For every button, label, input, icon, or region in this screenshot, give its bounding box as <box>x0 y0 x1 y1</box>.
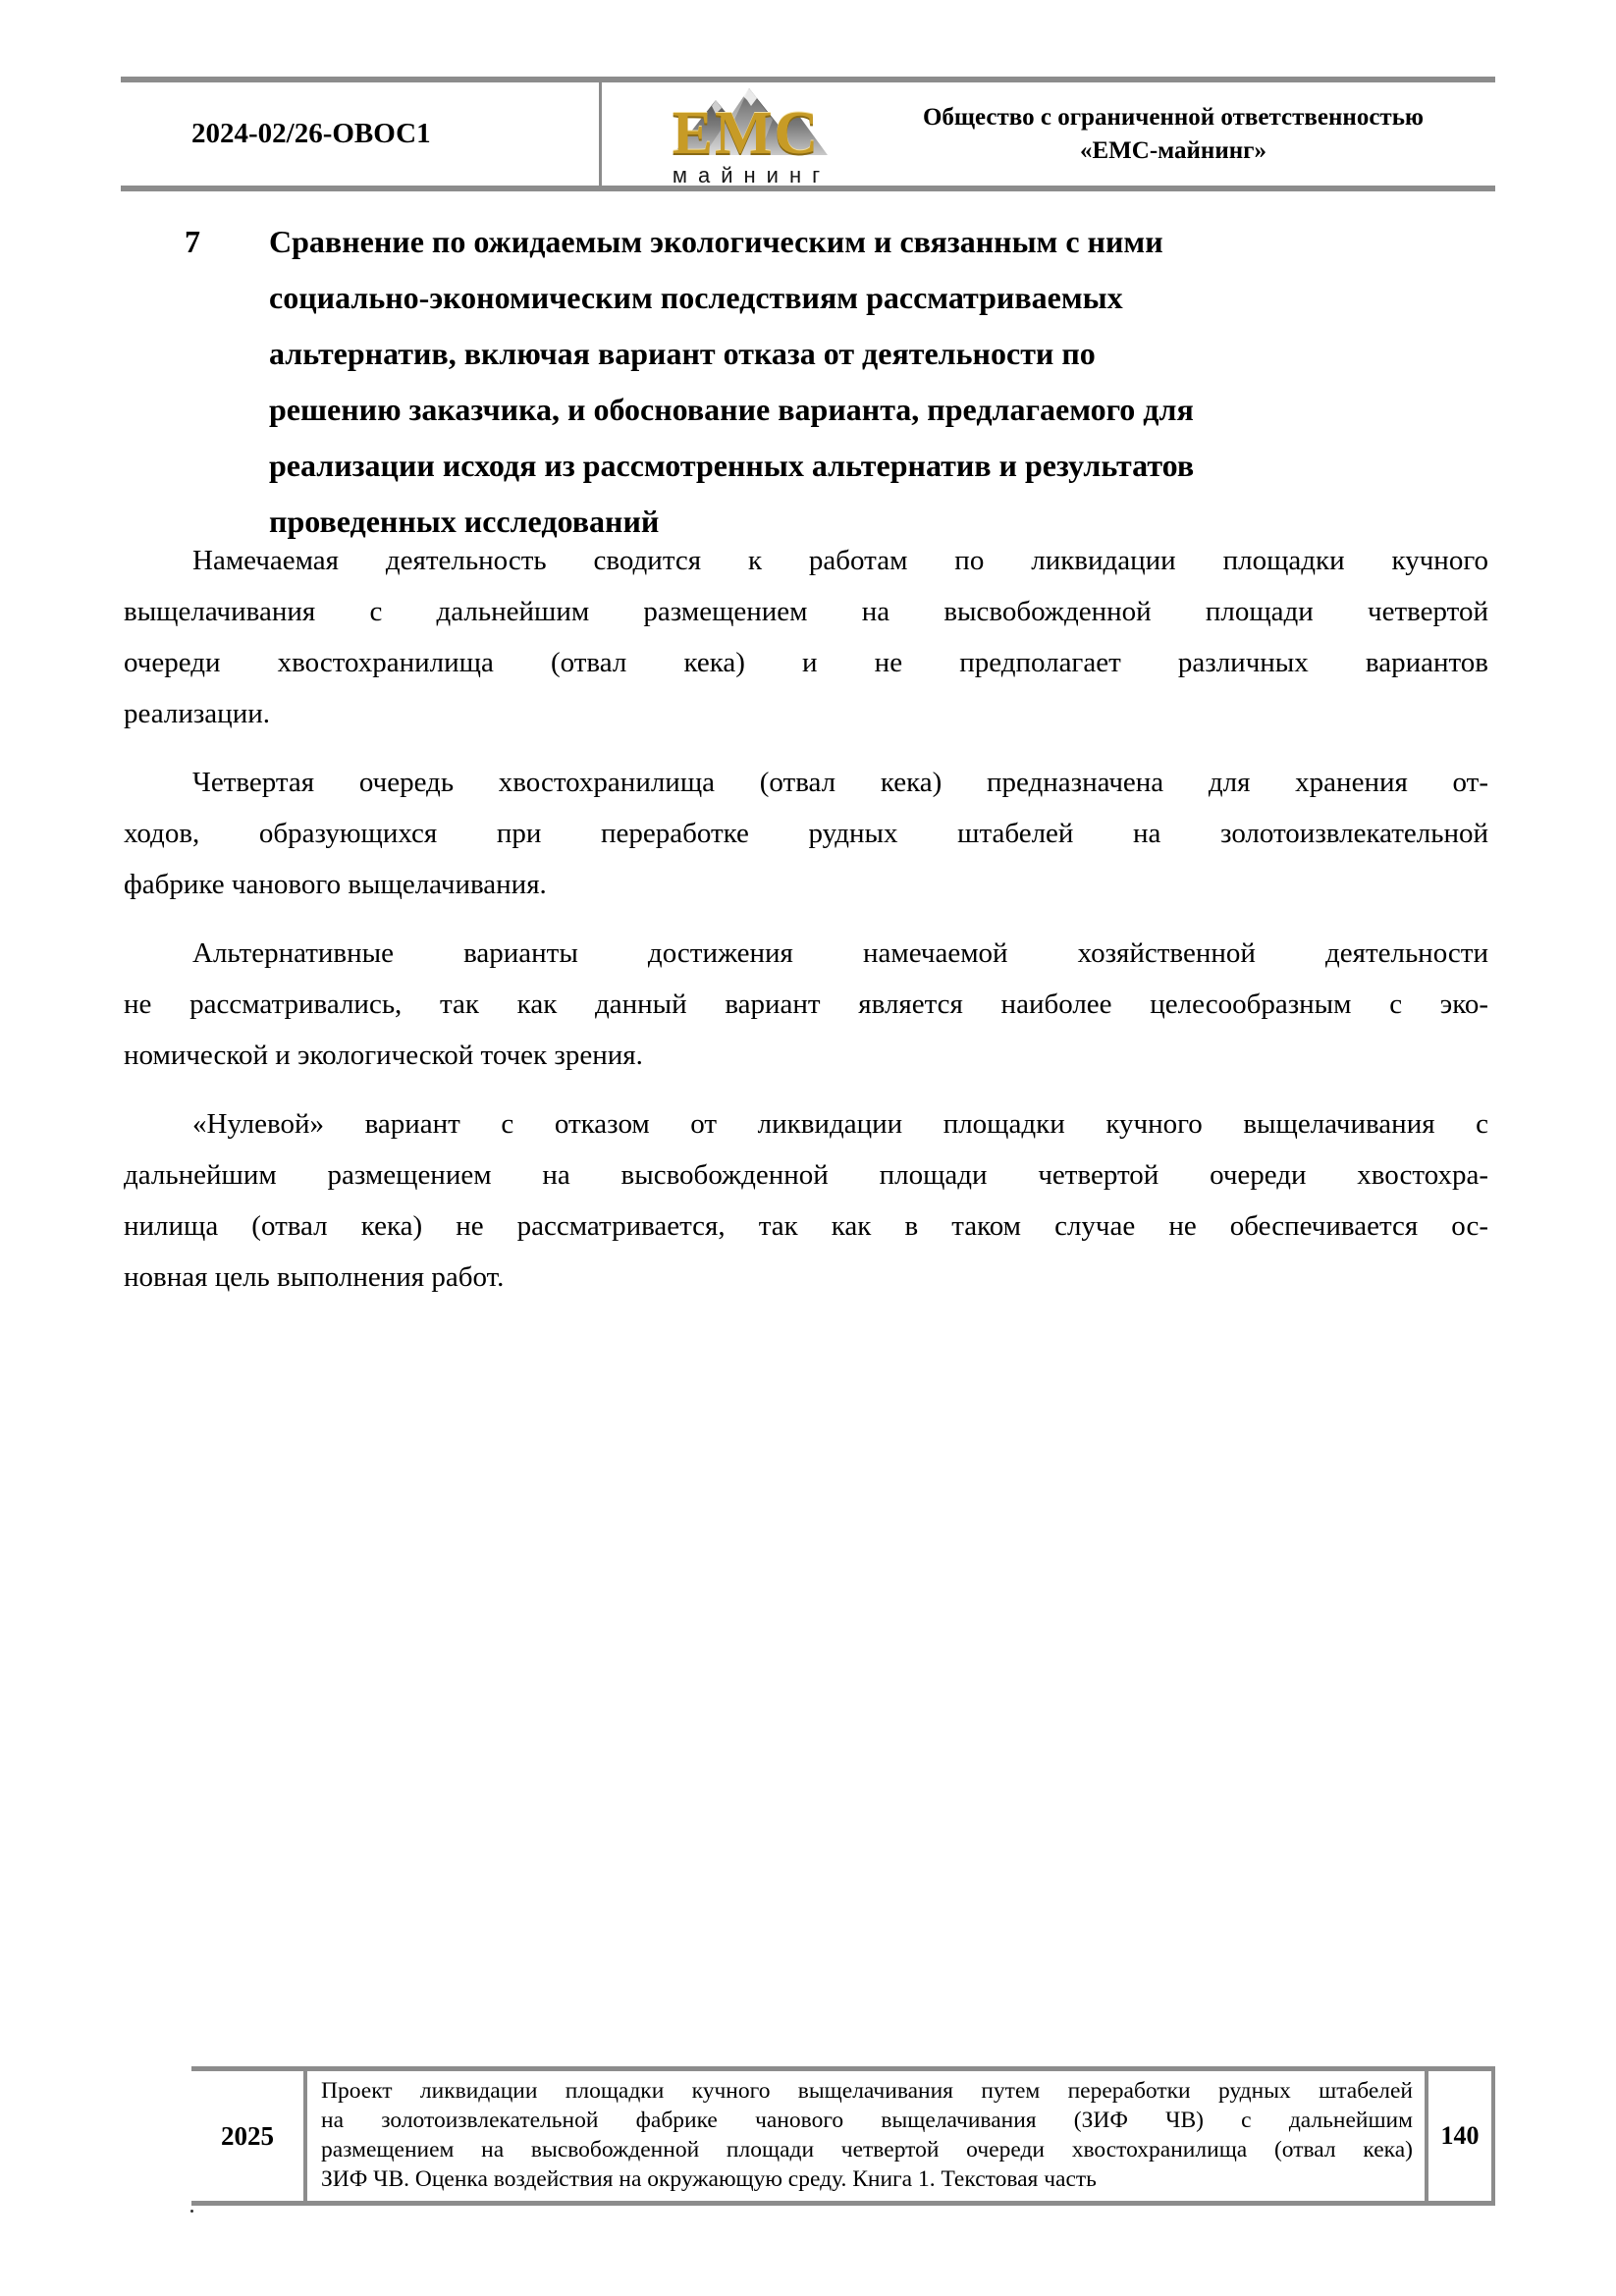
footer-year: 2025 <box>191 2071 303 2201</box>
text-line: ходов, образующихся при переработке рудн… <box>124 808 1488 859</box>
text-line: новная цель выполнения работ. <box>124 1252 1488 1303</box>
text-line: не рассматривались, так как данный вариа… <box>124 979 1488 1030</box>
paragraph: Четвертая очередь хвостохранилища (отвал… <box>124 757 1488 910</box>
text-line: социально-экономическим последствиям рас… <box>269 270 1490 326</box>
paragraph: «Нулевой» вариант с отказом от ликвидаци… <box>124 1098 1488 1303</box>
header-right-cell: ЕМС майнинг Общество с ограниченной отве… <box>602 82 1495 186</box>
text-line: Сравнение по ожидаемым экологическим и с… <box>269 214 1490 270</box>
text-line: реализации. <box>124 688 1488 739</box>
text-line: Проект ликвидации площадки кучного выщел… <box>321 2076 1413 2106</box>
logo-mining-text: майнинг <box>623 164 869 187</box>
page-header: 2024-02/26-ОВОС1 <box>121 77 1495 191</box>
text-line: Намечаемая деятельность сводится к работ… <box>124 535 1488 586</box>
text-line: дальнейшим размещением на высвобожденной… <box>124 1149 1488 1201</box>
text-line: на золотоизвлекательной фабрике чанового… <box>321 2106 1413 2135</box>
text-line: очереди хвостохранилища (отвал кека) и н… <box>124 637 1488 688</box>
heading-lines: Сравнение по ожидаемым экологическим и с… <box>269 214 1490 550</box>
text-line: решению заказчика, и обоснование вариант… <box>269 382 1490 438</box>
doc-number: 2024-02/26-ОВОС1 <box>121 82 599 186</box>
company-logo: ЕМС майнинг <box>623 82 869 186</box>
paragraph: Альтернативные варианты достижения намеч… <box>124 928 1488 1081</box>
heading-number: 7 <box>185 214 269 550</box>
document-page: 2024-02/26-ОВОС1 <box>0 0 1616 2296</box>
company-name-line1: Общество с ограниченной ответственностью <box>869 101 1478 134</box>
text-line: выщелачивания с дальнейшим размещением н… <box>124 586 1488 637</box>
paragraph: Намечаемая деятельность сводится к работ… <box>124 535 1488 739</box>
company-name: Общество с ограниченной ответственностью… <box>869 101 1495 168</box>
logo-emc-text: ЕМС <box>623 103 869 164</box>
company-name-line2: «ЕМС-майнинг» <box>869 134 1478 168</box>
text-line: нилища (отвал кека) не рассматривается, … <box>124 1201 1488 1252</box>
text-line: номической и экологической точек зрения. <box>124 1030 1488 1081</box>
text-line: Альтернативные варианты достижения намеч… <box>124 928 1488 979</box>
text-line: фабрике чанового выщелачивания. <box>124 859 1488 910</box>
text-line: ЗИФ ЧВ. Оценка воздействия на окружающую… <box>321 2164 1413 2194</box>
text-line: «Нулевой» вариант с отказом от ликвидаци… <box>124 1098 1488 1149</box>
footer-table: 2025 Проект ликвидации площадки кучного … <box>191 2066 1495 2206</box>
section-heading: 7 Сравнение по ожидаемым экологическим и… <box>185 214 1490 550</box>
text-line: реализации исходя из рассмотренных альте… <box>269 438 1490 494</box>
text-line: альтернатив, включая вариант отказа от д… <box>269 326 1490 382</box>
footer-page-number: 140 <box>1428 2071 1491 2201</box>
footer-description: Проект ликвидации площадки кучного выщел… <box>307 2071 1425 2201</box>
body-paragraphs: Намечаемая деятельность сводится к работ… <box>124 535 1488 1320</box>
stray-dot <box>190 2210 193 2213</box>
text-line: размещением на высвобожденной площади че… <box>321 2135 1413 2164</box>
text-line: Четвертая очередь хвостохранилища (отвал… <box>124 757 1488 808</box>
